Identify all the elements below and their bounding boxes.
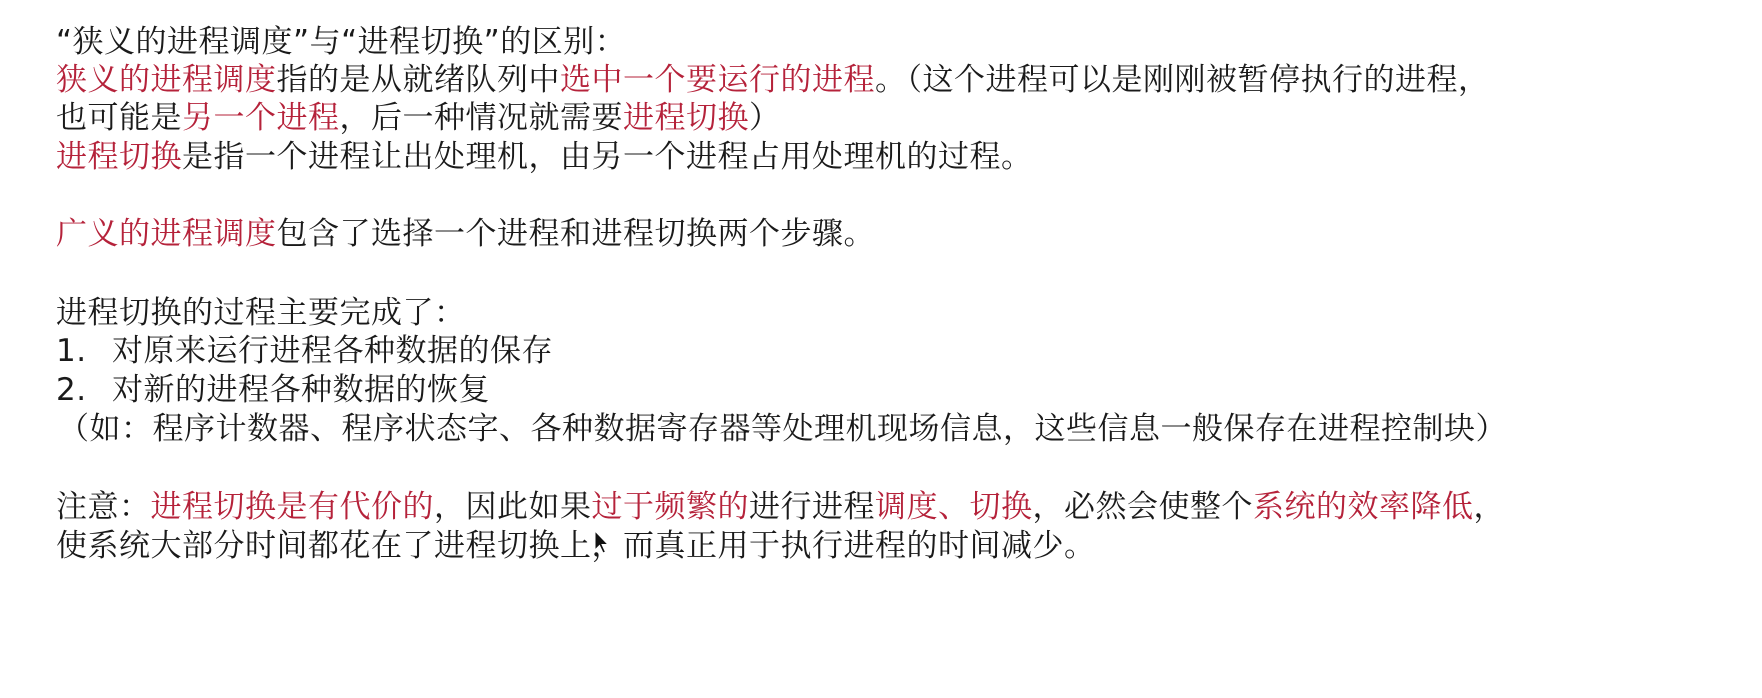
title-text: “狭义的进程调度”与“进程切换”的区别： [56,24,626,60]
attention-label: 注意： [56,489,151,525]
heading-text: 进程切换的过程主要完成了： [56,295,466,331]
term-broad-scheduling: 广义的进程调度 [56,216,277,252]
text: 也可能是 [56,100,182,136]
term-narrow-scheduling: 狭义的进程调度 [56,62,277,98]
highlight-too-frequent: 过于频繁的 [592,489,750,525]
broad-definition-line: 广义的进程调度包含了选择一个进程和进程切换两个步骤。 [56,214,875,254]
text: 指的是从就绪队列中 [277,62,561,98]
text: ， [1474,489,1506,525]
highlight-process-switch: 进程切换 [623,100,749,136]
list-number: 2. [56,370,112,410]
highlight-schedule-switch: 调度、切换 [875,489,1033,525]
text: ，后一种情况就需要 [340,100,624,136]
list-item: 1.对原来运行进程各种数据的保存 [56,331,553,371]
highlight-select-process: 选中一个要运行的进程 [560,62,875,98]
list-item: 2.对新的进程各种数据的恢复 [56,370,490,410]
list-text: 对原来运行进程各种数据的保存 [112,333,553,369]
list-number: 1. [56,331,112,371]
list-text: 对新的进程各种数据的恢复 [112,372,490,408]
mouse-pointer-icon [594,530,610,556]
highlight-cost: 进程切换是有代价的 [151,489,435,525]
text: ，因此如果 [434,489,592,525]
text: 。（这个进程可以是刚刚被暂停执行的进程， [875,62,1490,98]
highlight-efficiency-drop: 系统的效率降低 [1253,489,1474,525]
text: 进行进程 [749,489,875,525]
text: 包含了选择一个进程和进程切换两个步骤。 [277,216,876,252]
switch-definition-line: 进程切换是指一个进程让出处理机，由另一个进程占用处理机的过程。 [56,137,1033,177]
text: ，必然会使整个 [1033,489,1254,525]
narrow-definition-line: 狭义的进程调度指的是从就绪队列中选中一个要运行的进程。（这个进程可以是刚刚被暂停… [56,60,1490,100]
switch-process-heading: 进程切换的过程主要完成了： [56,293,466,333]
attention-line: 注意：进程切换是有代价的，因此如果过于频繁的进行进程调度、切换，必然会使整个系统… [56,487,1505,527]
text: 使系统大部分时间都花在了进程切换上，而真正用于执行进程的时间减少。 [56,528,1096,564]
text: 是指一个进程让出处理机，由另一个进程占用处理机的过程。 [182,139,1033,175]
term-process-switch: 进程切换 [56,139,182,175]
section-title: “狭义的进程调度”与“进程切换”的区别： [56,22,626,62]
text: ） [749,100,781,136]
highlight-another-process: 另一个进程 [182,100,340,136]
attention-line-2: 使系统大部分时间都花在了进程切换上，而真正用于执行进程的时间减少。 [56,526,1096,566]
note-text: （如：程序计数器、程序状态字、各种数据寄存器等处理机现场信息，这些信息一般保存在… [58,411,1507,447]
context-info-note: （如：程序计数器、程序状态字、各种数据寄存器等处理机现场信息，这些信息一般保存在… [58,409,1507,449]
narrow-definition-cont: 也可能是另一个进程，后一种情况就需要进程切换） [56,98,781,138]
